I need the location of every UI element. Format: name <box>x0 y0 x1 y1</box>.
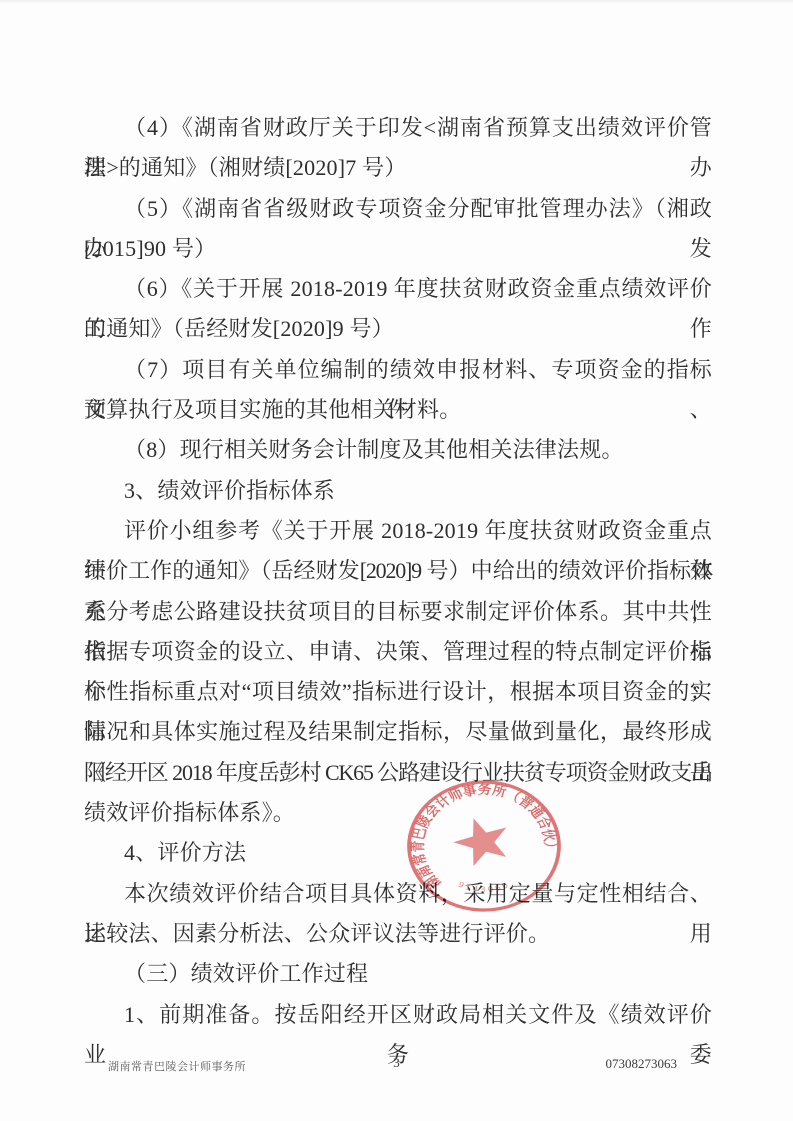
text-line: 4、评价方法 <box>84 833 712 873</box>
document-body: （4）《湖南省财政厅关于印发<湖南省预算支出绩效评价管理办法>的通知》（湘财绩[… <box>84 108 712 1035</box>
text-line: （三）绩效评价工作过程 <box>84 954 712 994</box>
text-line: 充分考虑公路建设扶贫项目的目标要求制定评价体系。其中共性指标 <box>84 592 712 632</box>
text-line: （5）《湖南省省级财政专项资金分配审批管理办法》（湘政办发 <box>84 189 712 229</box>
text-line: （6）《关于开展 2018-2019 年度扶贫财政资金重点绩效评价工作 <box>84 269 712 309</box>
document-page: （4）《湖南省财政厅关于印发<湖南省预算支出绩效评价管理办法>的通知》（湘财绩[… <box>0 0 793 1121</box>
scan-edge-artifact <box>0 0 793 3</box>
text-line: 个性指标重点对“项目绩效”指标进行设计，根据本项目资金的实际 <box>84 672 712 712</box>
text-line: 绩效评价指标体系》。 <box>84 793 712 833</box>
text-line: 依据专项资金的设立、申请、决策、管理过程的特点制定评价指标； <box>84 632 712 672</box>
text-line: 3、绩效评价指标体系 <box>84 471 712 511</box>
text-line: 阳经开区 2018 年度岳彭村 CK65 公路建设行业扶贫专项资金财政支出 <box>84 753 712 793</box>
text-line: 1、前期准备。按岳阳经开区财政局相关文件及《绩效评价业务委 <box>84 995 712 1035</box>
footer-phone-number: 07308273063 <box>606 1056 678 1072</box>
text-line: 本次绩效评价结合项目具体资料，采用定量与定性相结合、运用 <box>84 874 712 914</box>
text-line: 情况和具体实施过程及结果制定指标，尽量做到量化，最终形成《岳 <box>84 712 712 752</box>
text-line: （8）现行相关财务会计制度及其他相关法律法规。 <box>84 430 712 470</box>
text-line: （7）项目有关单位编制的绩效申报材料、专项资金的指标文件、 <box>84 350 712 390</box>
text-line: （4）《湖南省财政厅关于印发<湖南省预算支出绩效评价管理办 <box>84 108 712 148</box>
text-line: 评价小组参考《关于开展 2018-2019 年度扶贫财政资金重点绩效 <box>84 511 712 551</box>
text-line: 评价工作的通知》（岳经财发[2020]9 号）中给出的绩效评价指标体系， <box>84 551 712 591</box>
